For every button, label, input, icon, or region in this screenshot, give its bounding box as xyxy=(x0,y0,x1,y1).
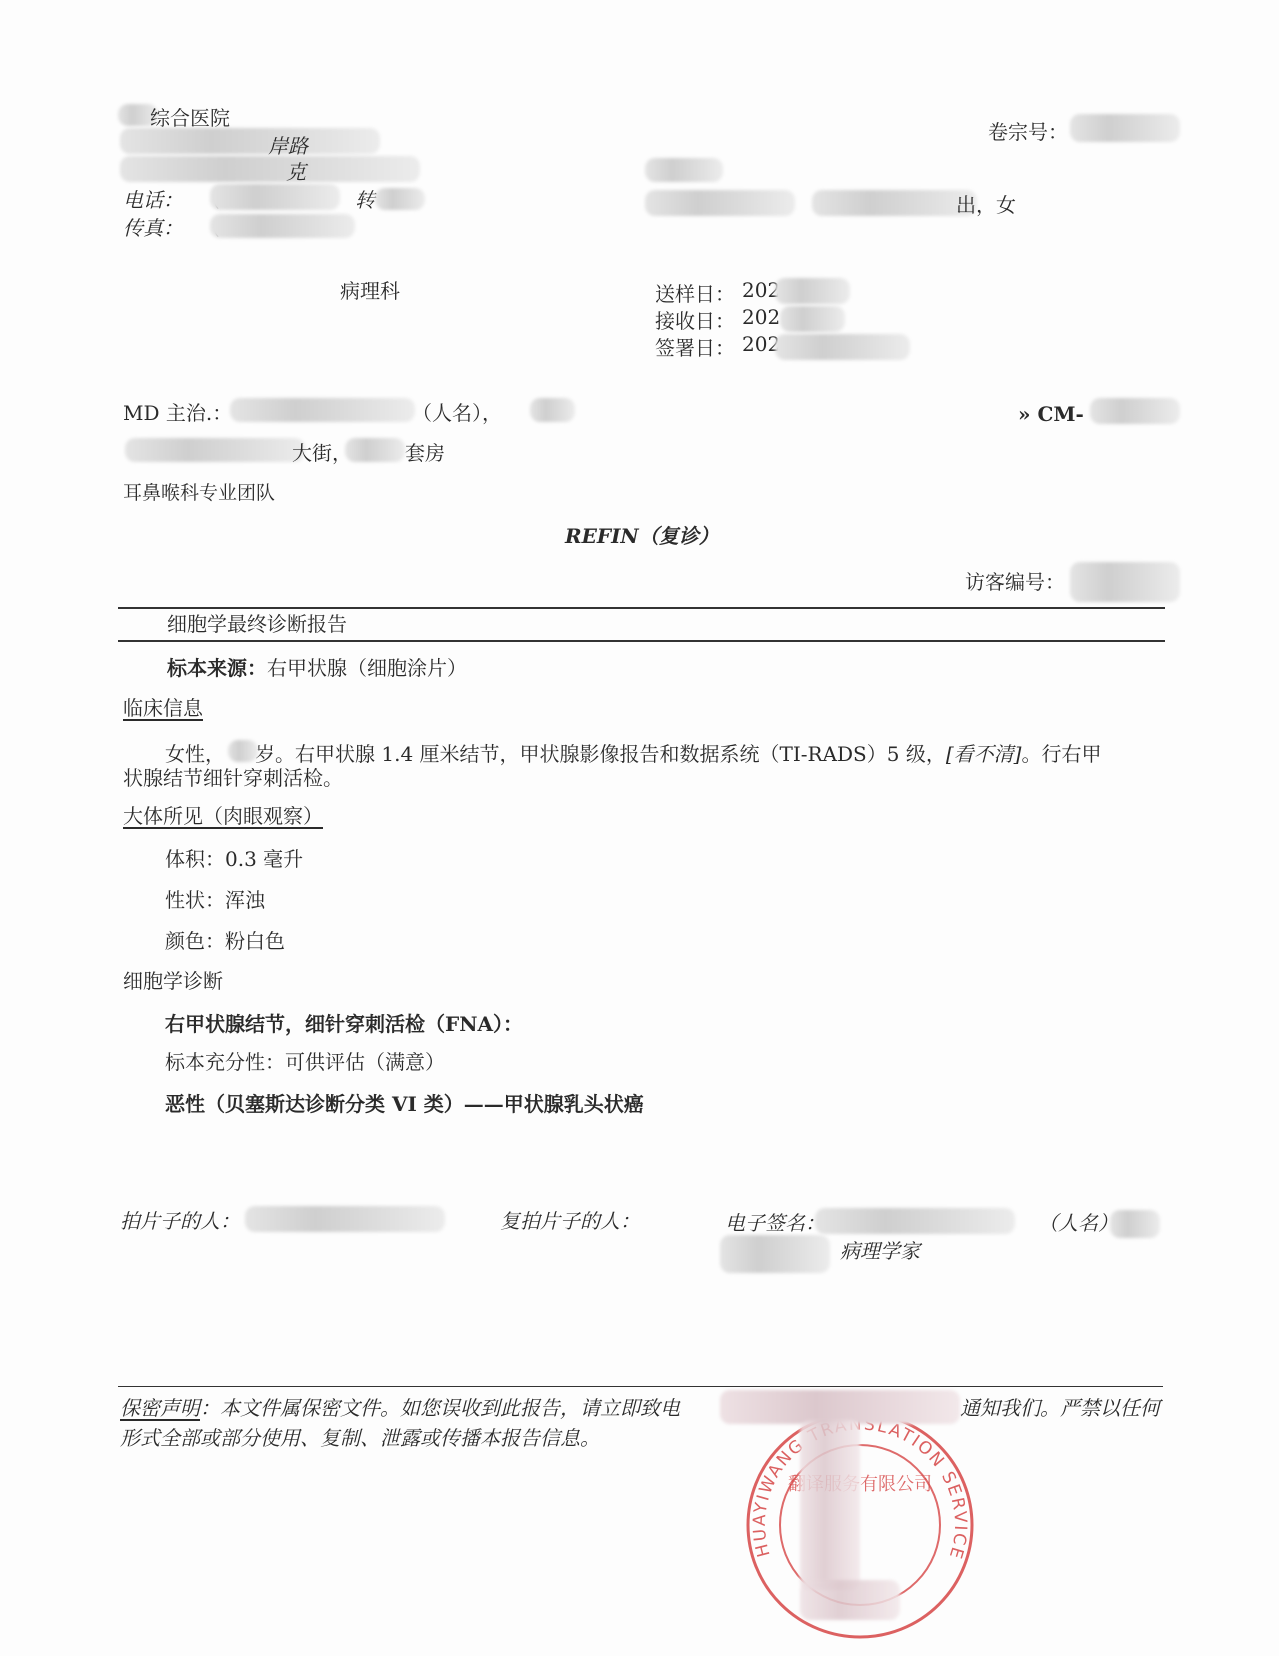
redacted-block xyxy=(245,1206,445,1232)
gross-character: 性状：浑浊 xyxy=(165,884,265,913)
physician-address: 大街， xyxy=(292,437,352,466)
rephotographer-label: 复拍片子的人： xyxy=(500,1205,640,1234)
redacted-block xyxy=(780,306,845,332)
confidential-line1: 保密声明：本文件属保密文件。如您误收到此报告，请立即致电 xyxy=(120,1392,680,1421)
confidential-label: 保密声明 xyxy=(120,1396,200,1420)
redacted-block xyxy=(210,184,340,210)
gross-heading: 大体所见（肉眼观察） xyxy=(123,800,323,829)
redacted-block xyxy=(120,128,380,154)
redacted-block xyxy=(375,188,425,210)
specimen-value: 右甲状腺（细胞涂片） xyxy=(267,656,467,680)
cytology-heading: 细胞学诊断 xyxy=(123,965,223,994)
redacted-block xyxy=(210,214,355,238)
redacted-block xyxy=(720,1390,960,1424)
fax-label: 传真： xyxy=(123,212,183,241)
redacted-block xyxy=(125,438,305,462)
redacted-block xyxy=(120,156,420,182)
divider-bottom xyxy=(118,640,1165,642)
report-title: 细胞学最终诊断报告 xyxy=(167,608,347,637)
redacted-block xyxy=(645,158,723,182)
diagnosis: 恶性（贝塞斯达诊断分类 VI 类）——甲状腺乳头状癌 xyxy=(165,1088,644,1117)
redacted-block xyxy=(800,1420,860,1590)
redacted-block xyxy=(1090,398,1180,424)
phone-ext: 转 xyxy=(355,184,375,213)
address-line1: 岸路 xyxy=(268,130,308,159)
esign-suffix: （人名） xyxy=(1038,1207,1118,1236)
clinical-unclear: [看不清] xyxy=(946,742,1022,766)
footer-divider xyxy=(118,1386,1163,1387)
redacted-block xyxy=(345,438,405,462)
redacted-block xyxy=(645,190,795,216)
clinical-text-b: 岁。右甲状腺 1.4 厘米结节，甲状腺影像报告和数据系统（TI-RADS）5 级… xyxy=(255,742,946,766)
specimen-adequacy: 标本充分性：可供评估（满意） xyxy=(165,1046,445,1075)
redacted-block xyxy=(720,1235,830,1273)
physician-name-note: （人名）， xyxy=(412,397,502,426)
redacted-block xyxy=(800,1580,900,1620)
date-sent-label: 送样日： xyxy=(655,278,735,307)
redacted-block xyxy=(530,398,575,422)
esign-label: 电子签名： xyxy=(725,1207,825,1236)
specimen-label: 标本来源： xyxy=(167,656,267,680)
phone-label: 电话： xyxy=(123,184,183,213)
redacted-block xyxy=(228,740,258,762)
cytology-subtitle: 右甲状腺结节，细针穿刺活检（FNA）： xyxy=(165,1008,523,1037)
visitor-number-label: 访客编号： xyxy=(965,566,1065,595)
date-received-value: 202 xyxy=(742,305,780,329)
department: 病理科 xyxy=(340,275,400,304)
redacted-block xyxy=(1110,1210,1160,1238)
redacted-block xyxy=(1070,114,1180,142)
patient-info-suffix: 出，女 xyxy=(956,189,1016,218)
physician-suite: 套房 xyxy=(405,437,445,466)
redacted-block xyxy=(775,278,850,304)
confidential-text2: 通知我们。严禁以任何 xyxy=(960,1392,1160,1421)
gross-volume: 体积：0.3 毫升 xyxy=(165,843,303,872)
hospital-name: 综合医院 xyxy=(150,102,230,131)
visit-type: REFIN（复诊） xyxy=(565,520,719,549)
confidential-text1: ：本文件属保密文件。如您误收到此报告，请立即致电 xyxy=(200,1396,680,1420)
redacted-block xyxy=(815,1208,1015,1234)
clinical-heading: 临床信息 xyxy=(123,692,203,721)
redacted-block xyxy=(1070,562,1180,602)
redacted-block xyxy=(230,398,415,422)
clinical-text-line2: 状腺结节细针穿刺活检。 xyxy=(123,762,343,791)
case-number-label: 卷宗号： xyxy=(988,116,1068,145)
confidential-line2: 形式全部或部分使用、复制、泄露或传播本报告信息。 xyxy=(120,1422,600,1451)
photographer-label: 拍片子的人： xyxy=(120,1205,240,1234)
date-received-label: 接收日： xyxy=(655,305,735,334)
redacted-block xyxy=(812,190,977,216)
physician-team: 耳鼻喉科专业团队 xyxy=(123,478,275,505)
address-line2: 克 xyxy=(286,156,306,185)
specimen-source: 标本来源：右甲状腺（细胞涂片） xyxy=(167,652,467,681)
clinical-text-c: 。行右甲 xyxy=(1021,742,1101,766)
pathologist-role: 病理学家 xyxy=(840,1235,920,1264)
redacted-block xyxy=(775,334,910,360)
cm-code: » CM- xyxy=(1018,402,1084,426)
physician-label: MD 主治.： xyxy=(123,397,232,426)
date-signed-label: 签署日： xyxy=(655,332,735,361)
gross-color: 颜色：粉白色 xyxy=(165,925,285,954)
